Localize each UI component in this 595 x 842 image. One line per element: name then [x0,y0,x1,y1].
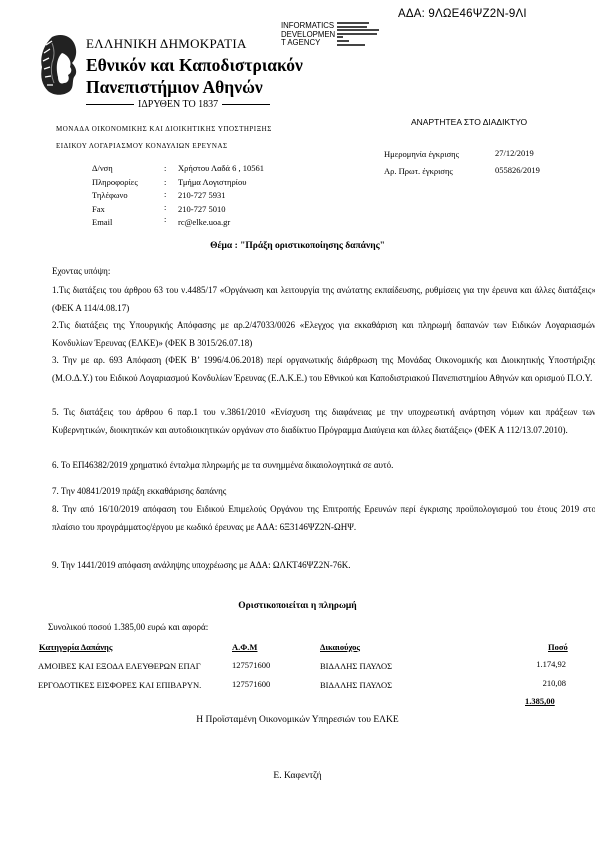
signature-details [337,22,377,47]
founded-text: ΙΔΡΥΘΕΝ ΤΟ 1837 [138,99,218,110]
column-header-beneficiary: Δικαιούχος [320,642,360,652]
cell-amount: 1.174,92 [536,659,566,669]
divider [86,104,134,105]
paragraph-9: 9. Την 1441/2019 απόφαση ανάληψης υποχρέ… [52,557,595,575]
protocol-number-label: Αρ. Πρωτ. έγκρισης [384,166,453,176]
digital-signature-stamp: INFORMATICS DEVELOPMEN T AGENCY [281,22,335,48]
divider [222,104,270,105]
contact-label-fax: Fax [92,204,105,214]
column-header-afm: Α.Φ.Μ [232,642,257,652]
publish-notice: ΑΝΑΡΤΗΤΕΑ ΣΤΟ ΔΙΑΔΙΚΤΥΟ [411,117,527,127]
unit-name-line2: ΕΙΔΙΚΟΥ ΛΟΓΑΡΙΑΣΜΟΥ ΚΟΝΔΥΛΙΩΝ ΕΡΕΥΝΑΣ [56,142,228,150]
cell-amount: 210,08 [543,678,566,688]
contact-value-phone: 210-727 5931 [178,190,225,200]
ada-code: ΑΔΑ: 9ΛΩΕ46ΨΖ2Ν-9ΛΙ [398,8,527,20]
payment-total-amount: 1.385,00 [525,696,555,706]
paragraph-3: 3. Την με αρ. 693 Απόφαση (ΦΕΚ Β’ 1996/4… [52,352,595,387]
paragraph-7: 7. Την 40841/2019 πράξη εκκαθάρισης δαπά… [52,483,595,501]
paragraph-8: 8. Την από 16/10/2019 απόφαση του Ειδικο… [52,501,595,536]
cell-category: ΕΡΓΟΔΟΤΙΚΕΣ ΕΙΣΦΟΡΕΣ ΚΑΙ ΕΠΙΒΑΡΥΝ. [38,680,201,690]
cell-beneficiary: ΒΙΔΑΛΗΣ ΠΑΥΛΟΣ [320,680,392,690]
column-header-category: Κατηγορία Δαπάνης [39,642,112,652]
cell-afm: 127571600 [232,660,270,670]
separator: : [164,189,166,199]
paragraph-6: 6. Το ΕΠ46382/2019 χρηματικό ένταλμα πλη… [52,457,595,475]
separator: : [164,214,166,224]
payment-total-line: Συνολικού ποσού 1.385,00 ευρώ και αφορά: [48,622,208,632]
contact-value-email[interactable]: rc@elke.uoa.gr [178,217,230,227]
cell-afm: 127571600 [232,679,270,689]
contact-value-fax: 210-727 5010 [178,204,225,214]
signer-role: Η Προϊσταμένη Οικονομικών Υπηρεσιών του … [0,715,595,725]
approval-date-label: Ημερομηνία έγκρισης [384,149,459,159]
approval-date-value: 27/12/2019 [495,148,534,158]
government-title: ΕΛΛΗΝΙΚΗ ΔΗΜΟΚΡΑΤΙΑ [86,36,247,52]
stamp-line: T AGENCY [281,39,335,48]
contact-value-address: Χρήστου Λαδά 6 , 10561 [178,163,264,173]
signer-name: Ε. Καφεντζή [0,771,595,781]
contact-value-info: Τμήμα Λογιστηρίου [178,177,246,187]
subject-title: Θέμα : "Πράξη οριστικοποίησης δαπάνης" [0,241,595,251]
founded-line: ΙΔΡΥΘΕΝ ΤΟ 1837 [86,99,270,110]
unit-name-line1: ΜΟΝΑΔΑ ΟΙΚΟΝΟΜΙΚΗΣ ΚΑΙ ΔΙΟΙΚΗΤΙΚΗΣ ΥΠΟΣΤ… [56,125,272,133]
considering-label: Εχοντας υπόψη: [52,266,110,276]
paragraph-2: 2.Τις διατάξεις της Υπουργικής Απόφασης … [52,317,595,352]
university-name-line2: Πανεπιστήμιον Αθηνών [86,77,263,98]
contact-label-email: Email [92,217,112,227]
separator: : [164,163,166,173]
column-header-amount: Ποσό [548,642,568,652]
contact-label-info: Πληροφορίες [92,177,138,187]
paragraph-5: 5. Τις διατάξεις του άρθρου 6 παρ.1 του … [52,404,595,439]
contact-label-address: Δ/νση [92,163,113,173]
university-name-line1: Εθνικόν και Καποδιστριακόν [86,55,303,76]
payment-title: Οριστικοποιείται η πληρωμή [0,601,595,611]
university-crest-icon [38,33,80,97]
separator: : [164,177,166,187]
contact-label-phone: Τηλέφωνο [92,190,128,200]
paragraph-1: 1.Τις διατάξεις του άρθρου 63 του ν.4485… [52,282,595,317]
cell-category: ΑΜΟΙΒΕΣ ΚΑΙ ΕΞΟΔΑ ΕΛΕΥΘΕΡΩΝ ΕΠΑΓ [38,661,201,671]
separator: : [164,202,166,212]
cell-beneficiary: ΒΙΔΑΛΗΣ ΠΑΥΛΟΣ [320,661,392,671]
protocol-number-value: 055826/2019 [495,165,540,175]
